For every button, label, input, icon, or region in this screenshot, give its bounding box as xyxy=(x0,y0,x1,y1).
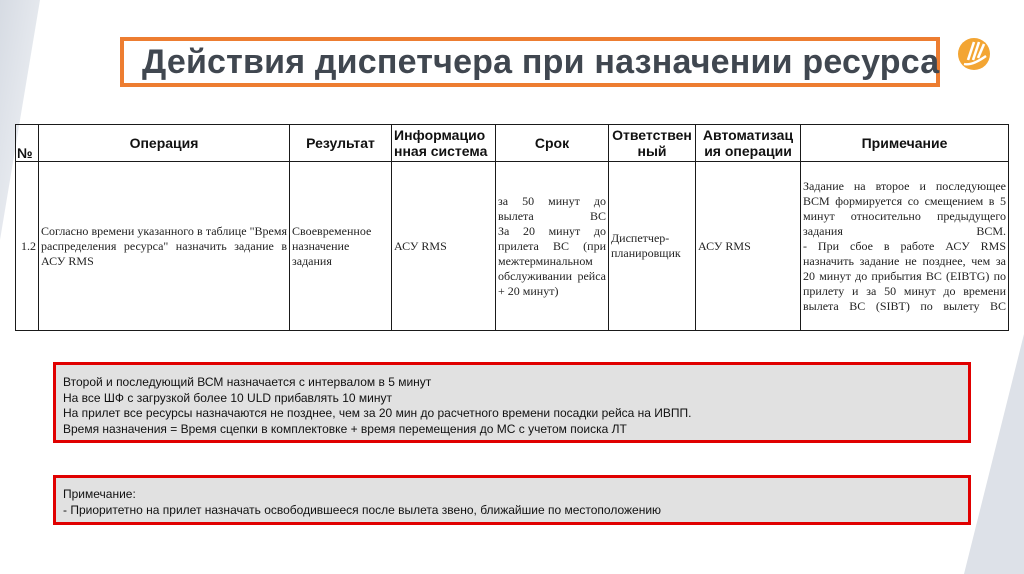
deadline-line: За 20 минут до прилета ВС (при межтермин… xyxy=(498,224,606,299)
header-deadline: Срок xyxy=(496,125,609,162)
header-note: Примечание xyxy=(801,125,1009,162)
cell-automation: АСУ RMS xyxy=(696,162,801,331)
header-number: № xyxy=(16,125,39,162)
title-frame: Действия диспетчера при назначении ресур… xyxy=(120,37,940,87)
cell-note: Задание на второе и последующее ВСМ форм… xyxy=(801,162,1009,331)
note-heading: Примечание: xyxy=(63,487,968,503)
header-operation: Операция xyxy=(39,125,290,162)
header-result: Результат xyxy=(290,125,392,162)
header-responsible: Ответствен ный xyxy=(609,125,696,162)
header-automation: Автоматизац ия операции xyxy=(696,125,801,162)
info-line: Время назначения = Время сцепки в компле… xyxy=(63,422,968,438)
company-logo-icon xyxy=(956,36,992,72)
table-row: 1.2 Согласно времени указанного в таблиц… xyxy=(16,162,1009,331)
operations-table: № Операция Результат Информацио нная сис… xyxy=(15,124,1009,331)
cell-responsible: Диспетчер-планировщик xyxy=(609,162,696,331)
cell-info-system: АСУ RMS xyxy=(392,162,496,331)
info-line: На все ШФ с загрузкой более 10 ULD приба… xyxy=(63,391,968,407)
info-line: На прилет все ресурсы назначаются не поз… xyxy=(63,406,968,422)
table-header-row: № Операция Результат Информацио нная сис… xyxy=(16,125,1009,162)
note-box: Примечание: - Приоритетно на прилет назн… xyxy=(53,475,971,525)
header-info-system: Информацио нная система xyxy=(392,125,496,162)
deadline-line: за 50 минут до вылета ВС xyxy=(498,194,606,224)
cell-deadline: за 50 минут до вылета ВС За 20 минут до … xyxy=(496,162,609,331)
cell-number: 1.2 xyxy=(16,162,39,331)
note-line: Задание на второе и последующее ВСМ форм… xyxy=(803,179,1006,239)
corner-decoration-bottom-right xyxy=(964,334,1024,574)
note-line: - При сбое в работе АСУ RMS назначить за… xyxy=(803,239,1006,314)
cell-result: Своевременное назначение задания xyxy=(290,162,392,331)
page-title: Действия диспетчера при назначении ресур… xyxy=(142,43,939,82)
note-line: - Приоритетно на прилет назначать освобо… xyxy=(63,503,968,519)
cell-operation: Согласно времени указанного в таблице "В… xyxy=(39,162,290,331)
info-line: Второй и последующий ВСМ назначается с и… xyxy=(63,375,968,391)
info-box: Второй и последующий ВСМ назначается с и… xyxy=(53,362,971,443)
